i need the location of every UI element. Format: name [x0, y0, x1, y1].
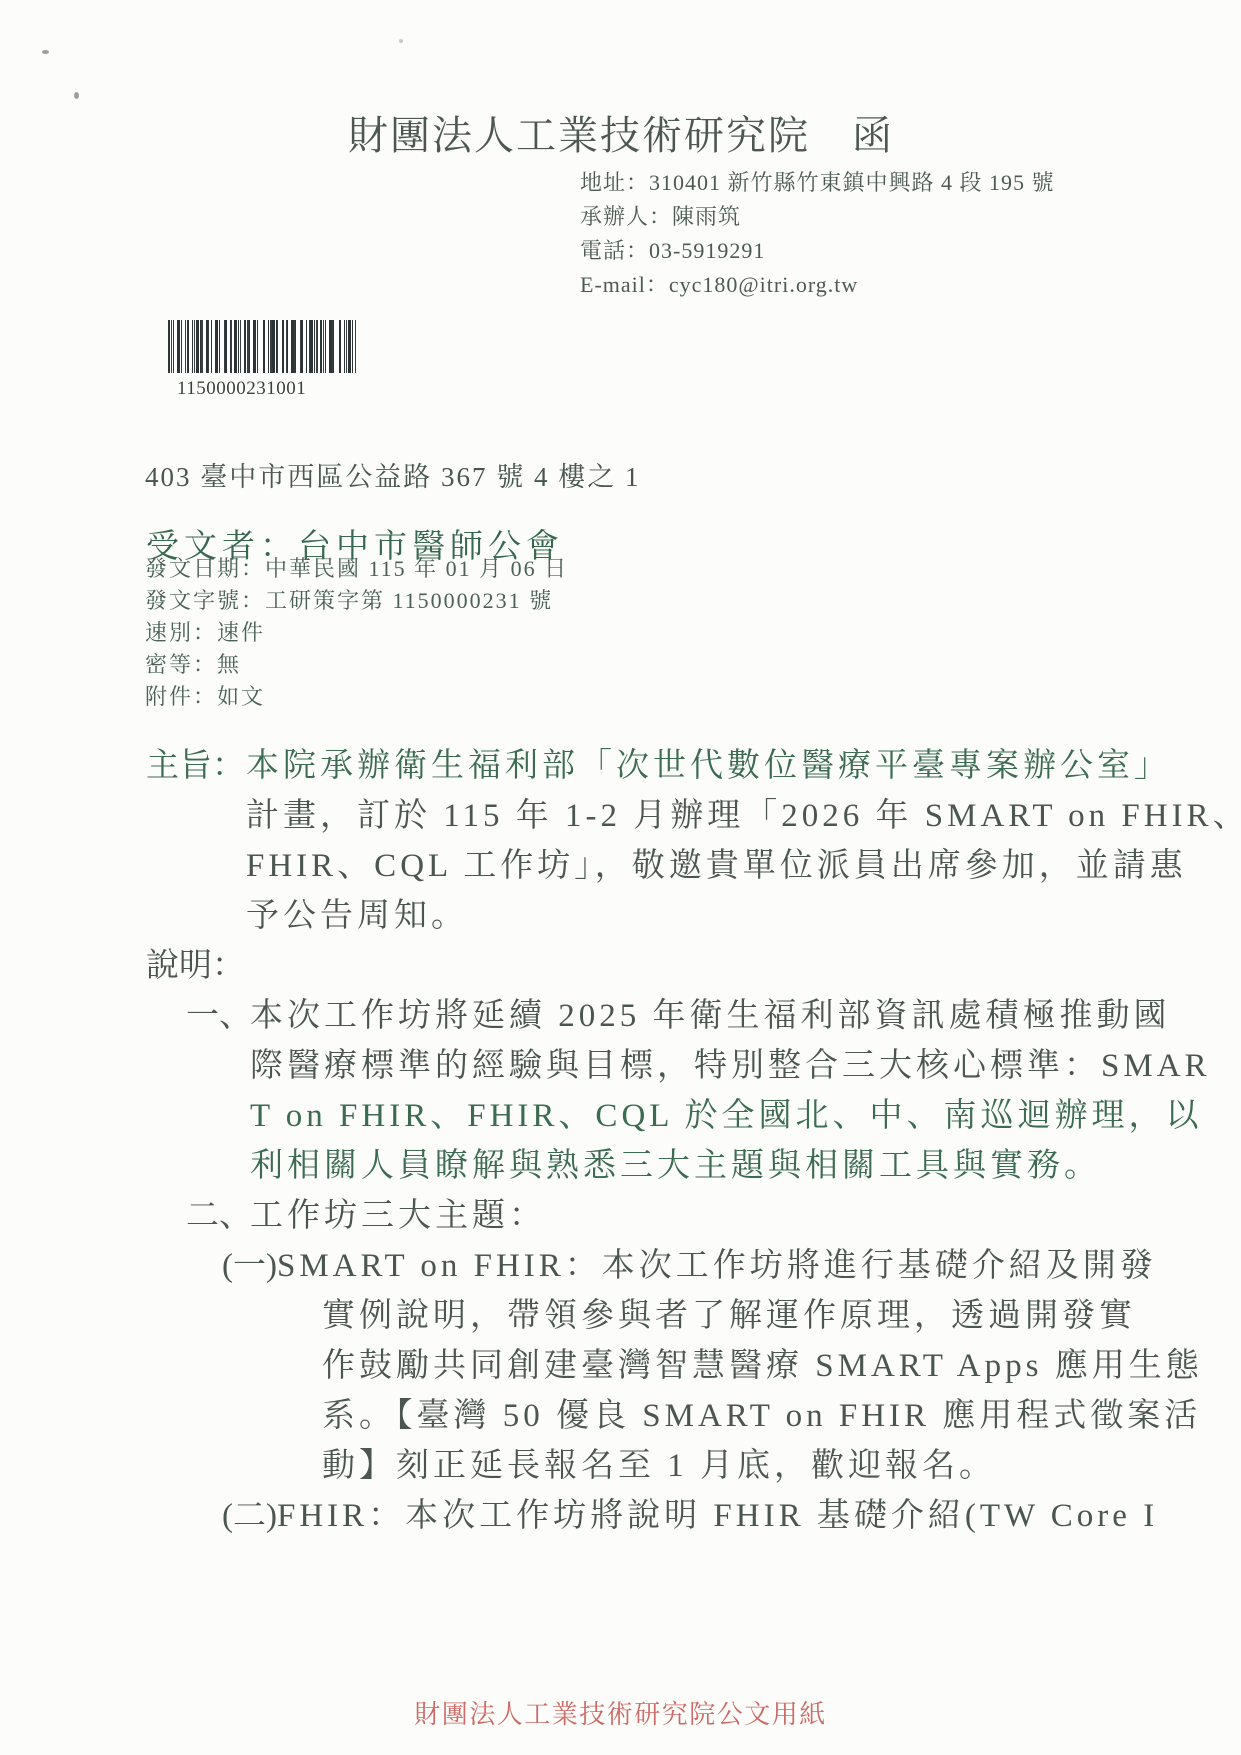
sender-email-line: E-mail：cyc180@itri.org.tw [580, 268, 858, 302]
sub2-text-1: FHIR：本次工作坊將說明 FHIR 基礎介紹(TW Core I [277, 1498, 1158, 1534]
barcode-number: 1150000231001 [177, 378, 306, 400]
sub1-text-1: SMART on FHIR：本次工作坊將進行基礎介紹及開發 [277, 1248, 1157, 1284]
meta-doc-number: 發文字號：工研策字第 1150000231 號 [145, 588, 553, 614]
sub1-line-5: 動】刻正延長報名至 1 月底，歡迎報名。 [322, 1446, 996, 1486]
document-title: 財團法人工業技術研究院 函 [348, 104, 894, 161]
item1-line-3: T on FHIR、FHIR、CQL 於全國北、中、南巡迴辦理，以 [250, 1096, 1202, 1136]
subject-line-3: FHIR、CQL 工作坊」，敬邀貴單位派員出席參加，並請惠 [246, 846, 1187, 886]
recipient-mailing-address: 403 臺中市西區公益路 367 號 4 樓之 1 [145, 455, 641, 494]
sub1-line-4: 系。【臺灣 50 優良 SMART on FHIR 應用程式徵案活 [322, 1396, 1201, 1436]
description-label: 說明： [146, 946, 245, 986]
sender-phone-line: 電話：03-5919291 [580, 234, 765, 268]
subject-line-4: 予公告周知。 [246, 896, 468, 936]
scan-speck [42, 50, 49, 54]
item1-line-2: 際醫療標準的經驗與目標，特別整合三大核心標準：SMAR [250, 1046, 1211, 1086]
sub2-line-1: (二)FHIR：本次工作坊將說明 FHIR 基礎介紹(TW Core I [222, 1496, 1158, 1536]
item1-line-1: 本次工作坊將延續 2025 年衛生福利部資訊處積極推動國 [250, 996, 1171, 1036]
footer-note: 財團法人工業技術研究院公文用紙 [0, 1694, 1241, 1731]
item2-heading: 工作坊三大主題： [250, 1196, 546, 1236]
scan-speck [74, 92, 79, 99]
sub1-line-1: (一)SMART on FHIR：本次工作坊將進行基礎介紹及開發 [222, 1246, 1157, 1286]
sub2-marker: (二) [222, 1498, 277, 1534]
meta-priority: 速別：速件 [145, 620, 265, 646]
barcode-image [168, 320, 358, 373]
sub1-marker: (一) [222, 1248, 277, 1284]
subject-line-1: 本院承辦衛生福利部「次世代數位醫療平臺專案辦公室」 [246, 746, 1171, 786]
meta-classification: 密等：無 [145, 652, 241, 678]
subject-line-2: 計畫，訂於 115 年 1-2 月辦理「2026 年 SMART on FHIR… [246, 796, 1241, 836]
item1-line-4: 利相關人員瞭解與熟悉三大主題與相關工具與實務。 [250, 1146, 1101, 1186]
item1-marker: 一、 [186, 996, 252, 1036]
subject-label: 主旨： [146, 746, 245, 786]
sender-person-line: 承辦人：陳雨筑 [580, 200, 741, 234]
sub1-line-2: 實例說明，帶領參與者了解運作原理，透過開發實 [322, 1296, 1136, 1336]
sub1-line-3: 作鼓勵共同創建臺灣智慧醫療 SMART Apps 應用生態 [322, 1346, 1203, 1386]
sender-address-line: 地址：310401 新竹縣竹東鎮中興路 4 段 195 號 [580, 166, 1055, 200]
meta-issue-date: 發文日期：中華民國 115 年 01 月 06 日 [145, 556, 568, 582]
meta-attachment: 附件：如文 [145, 684, 265, 710]
item2-marker: 二、 [186, 1196, 252, 1236]
scan-speck [399, 39, 403, 43]
document-page: 財團法人工業技術研究院 函 地址：310401 新竹縣竹東鎮中興路 4 段 19… [0, 0, 1241, 1755]
